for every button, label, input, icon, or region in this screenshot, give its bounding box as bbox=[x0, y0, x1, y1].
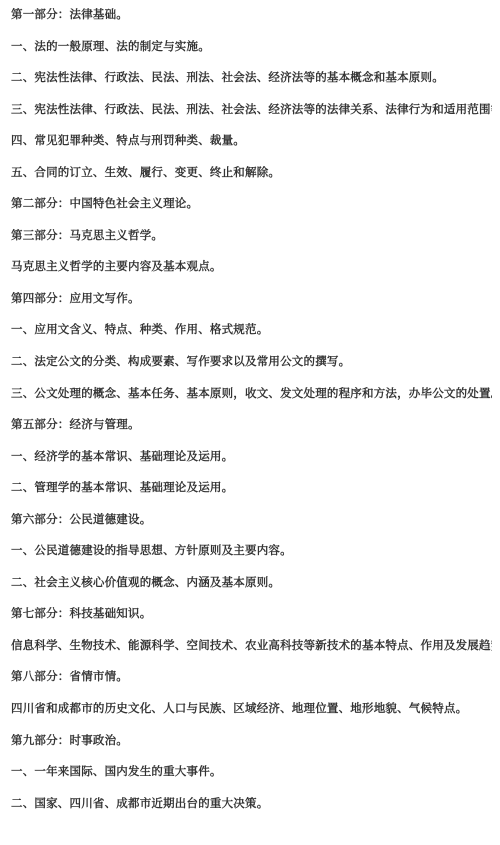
paragraph: 二、管理学的基本常识、基础理论及运用。 bbox=[11, 473, 492, 505]
document-page: 第一部分：法律基础。 一、法的一般原理、法的制定与实施。 二、宪法性法律、行政法… bbox=[0, 0, 500, 845]
paragraph: 三、宪法性法律、行政法、民法、刑法、社会法、经济法等的法律关系、法律行为和适用范… bbox=[11, 95, 492, 127]
paragraph: 二、国家、四川省、成都市近期出台的重大决策。 bbox=[11, 789, 492, 821]
paragraph: 二、宪法性法律、行政法、民法、刑法、社会法、经济法等的基本概念和基本原则。 bbox=[11, 63, 492, 95]
section-heading: 第五部分：经济与管理。 bbox=[11, 410, 492, 442]
section-heading: 第二部分：中国特色社会主义理论。 bbox=[11, 189, 492, 221]
paragraph: 二、法定公文的分类、构成要素、写作要求以及常用公文的撰写。 bbox=[11, 347, 492, 379]
section-heading: 第一部分：法律基础。 bbox=[11, 0, 492, 32]
paragraph: 三、公文处理的概念、基本任务、基本原则，收文、发文处理的程序和方法，办毕公文的处… bbox=[11, 379, 492, 411]
paragraph: 信息科学、生物技术、能源科学、空间技术、农业高科技等新技术的基本特点、作用及发展… bbox=[11, 631, 492, 663]
section-heading: 第四部分：应用文写作。 bbox=[11, 284, 492, 316]
document-body: 第一部分：法律基础。 一、法的一般原理、法的制定与实施。 二、宪法性法律、行政法… bbox=[0, 0, 500, 820]
section-heading: 第七部分：科技基础知识。 bbox=[11, 599, 492, 631]
paragraph: 马克思主义哲学的主要内容及基本观点。 bbox=[11, 252, 492, 284]
paragraph: 一、一年来国际、国内发生的重大事件。 bbox=[11, 757, 492, 789]
paragraph: 二、社会主义核心价值观的概念、内涵及基本原则。 bbox=[11, 568, 492, 600]
paragraph: 四、常见犯罪种类、特点与刑罚种类、裁量。 bbox=[11, 126, 492, 158]
paragraph: 五、合同的订立、生效、履行、变更、终止和解除。 bbox=[11, 158, 492, 190]
paragraph: 一、公民道德建设的指导思想、方针原则及主要内容。 bbox=[11, 536, 492, 568]
paragraph: 一、经济学的基本常识、基础理论及运用。 bbox=[11, 442, 492, 474]
section-heading: 第六部分：公民道德建设。 bbox=[11, 505, 492, 537]
paragraph: 一、应用文含义、特点、种类、作用、格式规范。 bbox=[11, 315, 492, 347]
paragraph: 四川省和成都市的历史文化、人口与民族、区域经济、地理位置、地形地貌、气候特点。 bbox=[11, 694, 492, 726]
paragraph: 一、法的一般原理、法的制定与实施。 bbox=[11, 32, 492, 64]
section-heading: 第三部分：马克思主义哲学。 bbox=[11, 221, 492, 253]
section-heading: 第九部分：时事政治。 bbox=[11, 726, 492, 758]
section-heading: 第八部分：省情市情。 bbox=[11, 662, 492, 694]
